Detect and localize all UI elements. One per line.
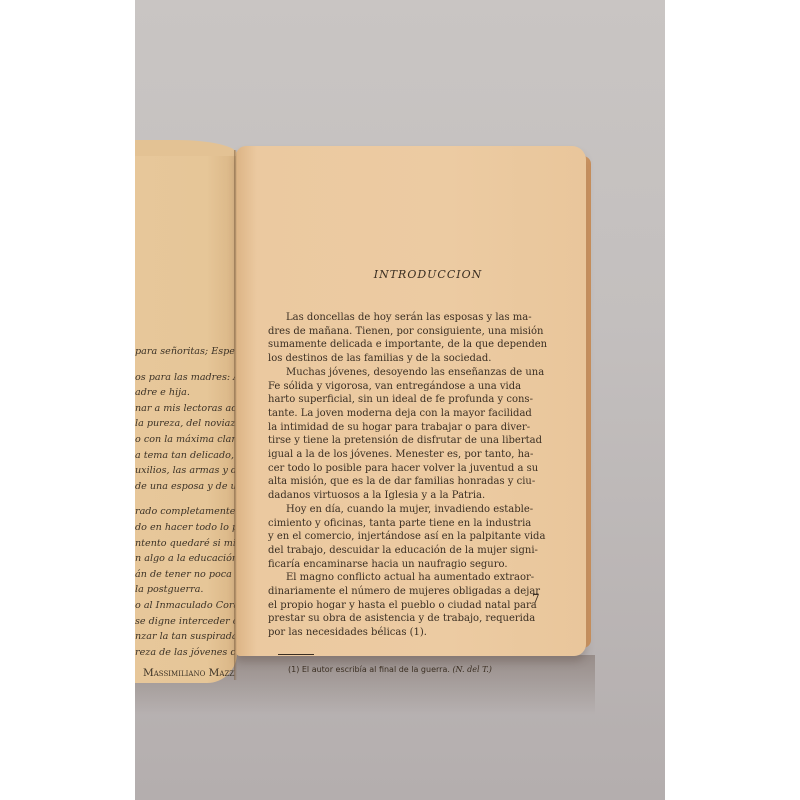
text-line: igual a la de los jóvenes. Menester es, … xyxy=(268,448,558,462)
text-line: y en el comercio, injertándose así en la… xyxy=(268,530,558,544)
left-page-line xyxy=(135,494,235,504)
text-line: alta misión, que es la de dar familias h… xyxy=(268,475,558,489)
text-line: dadanos virtuosos a la Iglesia y a la Pa… xyxy=(268,489,558,503)
left-page: para señoritas; Esperanzos para las madr… xyxy=(135,148,237,683)
left-page-line: n algo a la educación de la xyxy=(135,551,235,567)
left-page-line: de una esposa y de una ma xyxy=(135,479,235,495)
text-line: El magno conflicto actual ha aumentado e… xyxy=(268,571,558,585)
left-page-line: para señoritas; Esperanz xyxy=(135,344,235,360)
paragraph: Las doncellas de hoy serán las esposas y… xyxy=(268,311,558,366)
text-line: la intimidad de su hogar para trabajar o… xyxy=(268,421,558,435)
text-line: dres de mañana. Tienen, por consiguiente… xyxy=(268,325,558,339)
text-line: cer todo lo posible para hacer volver la… xyxy=(268,462,558,476)
left-page-line: adre e hija. xyxy=(135,385,235,401)
text-line: los destinos de las familias y de la soc… xyxy=(268,352,558,366)
body-text: Las doncellas de hoy serán las esposas y… xyxy=(268,311,558,640)
book-photo: para señoritas; Esperanzos para las madr… xyxy=(135,0,665,800)
author-signature: Massimiliano Mazzel xyxy=(135,666,235,682)
footnote-rule xyxy=(278,654,314,655)
text-line: el propio hogar y hasta el pueblo o ciud… xyxy=(268,599,558,613)
left-page-text: para señoritas; Esperanzos para las madr… xyxy=(135,344,235,682)
text-line: harto superficial, sin un ideal de fe pr… xyxy=(268,393,558,407)
text-line: cimiento y oficinas, tanta parte tiene e… xyxy=(268,517,558,531)
left-page-line: án de tener no poca parte e xyxy=(135,567,235,583)
left-page-line: la pureza, del noviazgo y xyxy=(135,416,235,432)
paragraph: El magno conflicto actual ha aumentado e… xyxy=(268,571,558,640)
left-page-line: se digne interceder cerca d xyxy=(135,614,235,630)
chapter-heading: INTRODUCCION xyxy=(298,268,558,281)
left-page-line: do en hacer todo lo posib xyxy=(135,520,235,536)
text-line: del trabajo, descuidar la educación de l… xyxy=(268,544,558,558)
paragraph: Hoy en día, cuando la mujer, invadiendo … xyxy=(268,503,558,572)
text-line: por las necesidades bélicas (1). xyxy=(268,626,558,640)
left-page-line: a tema tan delicado, seña xyxy=(135,448,235,464)
text-line: tante. La joven moderna deja con la mayo… xyxy=(268,407,558,421)
text-line: Fe sólida y vigorosa, van entregándose a… xyxy=(268,380,558,394)
left-page-line: os para las madres: Amor xyxy=(135,370,235,386)
text-line: sumamente delicada e importante, de la q… xyxy=(268,338,558,352)
left-page-line: o con la máxima claridad xyxy=(135,432,235,448)
page-number: 7 xyxy=(532,592,540,606)
text-line: Muchas jóvenes, desoyendo las enseñanzas… xyxy=(268,366,558,380)
book-spine xyxy=(234,150,237,680)
left-page-line: reza de las jóvenes cristianas xyxy=(135,645,235,661)
right-page-content: INTRODUCCION Las doncellas de hoy serán … xyxy=(268,268,558,674)
left-page-line xyxy=(135,360,235,370)
footnote-note: (N. del T.) xyxy=(452,665,491,674)
text-line: prestar su obra de asistencia y de traba… xyxy=(268,612,558,626)
text-line: tirse y tiene la pretensión de disfrutar… xyxy=(268,434,558,448)
paragraph: Muchas jóvenes, desoyendo las enseñanzas… xyxy=(268,366,558,503)
text-line: ficaría encaminarse hacia un naufragio s… xyxy=(268,558,558,572)
left-page-line: ntento quedaré si mi humil xyxy=(135,536,235,552)
footnote: (1) El autor escribía al final de la gue… xyxy=(288,665,558,674)
footnote-text: (1) El autor escribía al final de la gue… xyxy=(288,665,450,674)
left-page-line: nzar la tan suspirada pur xyxy=(135,629,235,645)
left-page-line: nar a mis lectoras acerca xyxy=(135,401,235,417)
text-line: Las doncellas de hoy serán las esposas y… xyxy=(268,311,558,325)
left-page-line: uxilios, las armas y defen xyxy=(135,463,235,479)
left-page-line: rado completamente mi m xyxy=(135,504,235,520)
left-page-line: o al Inmaculado Corazón de xyxy=(135,598,235,614)
text-line: dinariamente el número de mujeres obliga… xyxy=(268,585,558,599)
left-page-line: la postguerra. xyxy=(135,582,235,598)
text-line: Hoy en día, cuando la mujer, invadiendo … xyxy=(268,503,558,517)
